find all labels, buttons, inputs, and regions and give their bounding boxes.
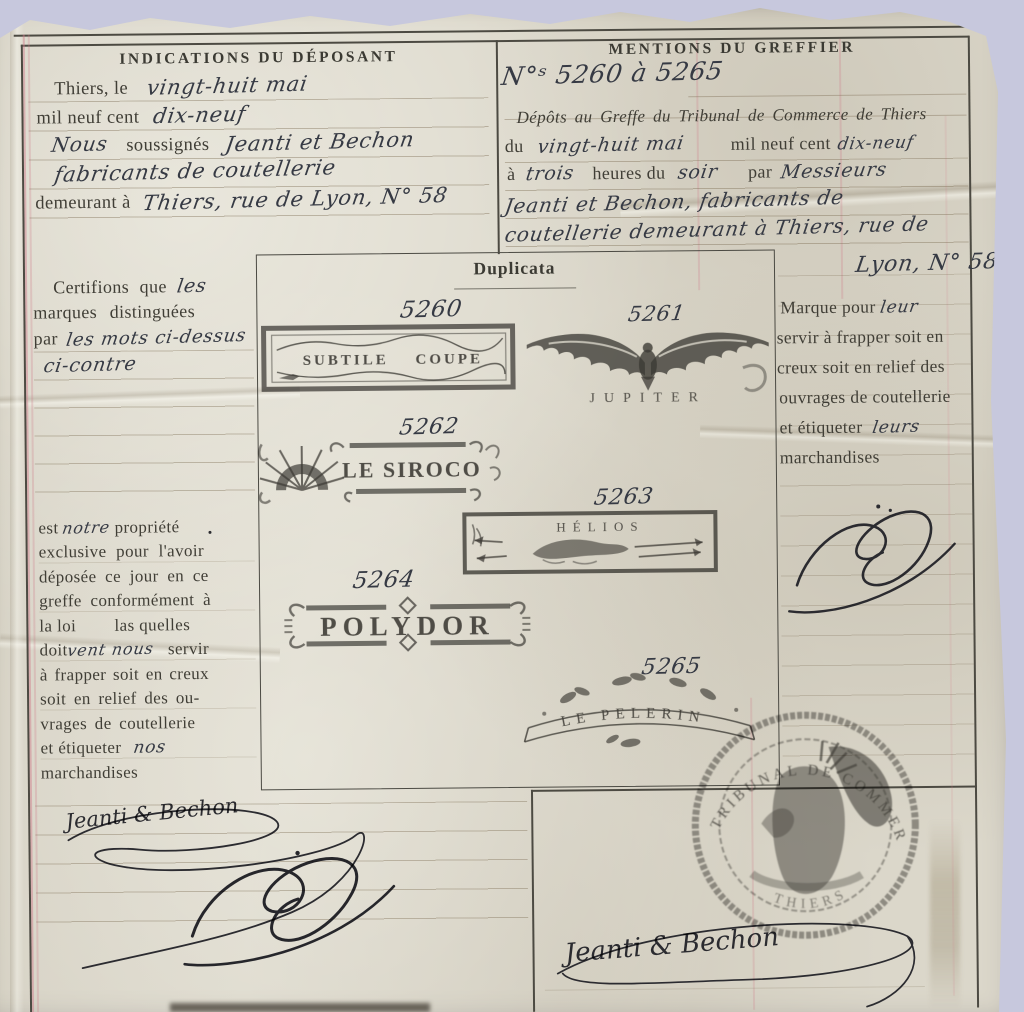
marque-line-1: Marque pour leur [780, 296, 918, 318]
property-line-4: greffe conformément à [39, 590, 211, 612]
printed-text: propriété [114, 517, 179, 537]
greffier-paragraph-line-1: Dépôts au Greffe du Tribunal de Commerce… [516, 104, 926, 128]
greffier-signature-flourish-large [175, 834, 406, 976]
greffier-paragraph-line-5: coutellerie demeurant à Thiers, rue de [505, 215, 928, 243]
document-paper: INDICATIONS DU DÉPOSANT Thiers, le vingt… [0, 0, 1024, 1012]
handwritten-text: trois [524, 162, 575, 185]
property-line-2: exclusive pour l'avoir [39, 541, 205, 563]
handwritten-text: ci-contre [42, 353, 138, 378]
deposant-line-2: mil neuf cent dix-neuf [36, 103, 246, 130]
deposant-line-4: fabricants de coutellerie [55, 158, 336, 185]
handwritten-text: dix-neuf [152, 102, 248, 129]
mark-number-5263: 5263 [592, 484, 655, 511]
trademark-stamp-subtile-coupe: SUBTILE COUPE [260, 318, 519, 396]
printed-text: par [34, 328, 58, 348]
printed-text: las quelles [114, 615, 190, 635]
certify-line-3: par les mots ci-dessus [34, 327, 246, 350]
property-line-11: marchandises [41, 763, 139, 784]
property-line-7: à frapper soit en creux [40, 664, 209, 686]
form-right-border [968, 36, 979, 1008]
trademark-deposit-form: INDICATIONS DU DÉPOSANT Thiers, le vingt… [0, 0, 1024, 1012]
printed-text: que [140, 276, 167, 296]
certify-line-2: marques distinguées [33, 301, 195, 324]
printed-text: demeurant à [35, 193, 131, 214]
form-outer-top-border [14, 26, 972, 37]
printed-text: servir [168, 639, 209, 658]
handwritten-text: notre [61, 517, 111, 537]
greffier-paragraph-line-6: Lyon, N° 58 [856, 250, 998, 276]
marque-line-5: et étiqueter leurs [779, 416, 920, 438]
marque-line-6: marchandises [780, 446, 880, 468]
svg-text:LE SIROCO: LE SIROCO [342, 456, 482, 482]
printed-text: Certifions [53, 277, 129, 298]
deposant-line-5: demeurant à Thiers, rue de Lyon, N° 58 [35, 186, 447, 215]
deposant-header: INDICATIONS DU DÉPOSANT [21, 47, 496, 70]
handwritten-text: Jeanti et Bechon, fabricants de [503, 185, 846, 218]
greffier-paragraph-line-4: Jeanti et Bechon, fabricants de [505, 188, 843, 215]
trademark-stamp-le-siroco: LE SIROCO [258, 428, 507, 508]
registry-signature-flourish [532, 908, 953, 1012]
printed-text: soussignés [126, 135, 209, 156]
printed-text: et étiqueter [779, 417, 862, 438]
greffier-header: MENTIONS DU GREFFIER [496, 38, 968, 61]
property-line-3: déposée ce jour en ce [39, 566, 209, 588]
handwritten-text: dix-neuf [836, 132, 915, 154]
printed-text: mil neuf cent [36, 108, 139, 129]
printed-text: distinguées [110, 301, 196, 322]
property-line-9: vrages de coutellerie [40, 713, 195, 734]
printed-text: heures du [592, 163, 665, 184]
handwritten-text: Nous [50, 131, 110, 157]
deposant-line-1: Thiers, le vingt-huit mai [54, 73, 307, 100]
svg-text:POLYDOR: POLYDOR [320, 610, 495, 642]
property-line-1: est notre propriété [38, 517, 179, 538]
ruled-line [688, 94, 966, 98]
handwritten-text: Lyon, N° 58 [854, 249, 1000, 278]
svg-text:JUPITER: JUPITER [589, 390, 707, 406]
property-line-8: soit en relief des ou- [40, 688, 200, 710]
handwritten-registration-numbers: N°ˢ 5260 à 5265 [500, 56, 726, 91]
property-line-10: et étiqueter nos [40, 737, 166, 758]
handwritten-text: soir [676, 161, 719, 184]
certify-line-4: ci-contre [44, 354, 137, 377]
handwritten-text: Jeanti et Bechon [224, 127, 416, 156]
handwritten-text: les [176, 275, 209, 298]
printed-text: mil neuf cent [731, 133, 831, 154]
property-line-6: doitvent nous servir [40, 639, 210, 661]
printed-text: doit [40, 640, 68, 659]
handwritten-text: Thiers, rue de Lyon, N° 58 [141, 183, 450, 215]
marque-line-3: creux soit en relief des [777, 356, 945, 379]
handwritten-text: les mots ci-dessus [64, 325, 247, 351]
handwritten-text: nos [132, 737, 167, 758]
greffier-flourish-signature [782, 488, 963, 635]
handwritten-text: fabricants de coutellerie [53, 155, 338, 187]
printed-text: la loi [39, 616, 76, 635]
handwritten-text: Messieurs [779, 158, 888, 183]
printed-text: marques [33, 302, 97, 323]
printed-text: Thiers, le [54, 79, 128, 100]
marque-line-2: servir à frapper soit en [777, 326, 944, 349]
handwritten-text: leur [878, 297, 919, 318]
marque-line-4: ouvrages de coutellerie [779, 386, 951, 409]
handwritten-text: coutellerie demeurant à Thiers, rue de [503, 211, 931, 246]
printed-text: à [507, 164, 516, 184]
trademark-stamp-helios: HÉLIOS [462, 508, 719, 576]
handwritten-text: vingt-huit mai [145, 72, 309, 100]
handwritten-text: vingt-huit mai [536, 132, 686, 158]
svg-text:SUBTILE COUPE: SUBTILE COUPE [303, 351, 483, 369]
ink-dot [208, 531, 211, 534]
trademark-stamp-polydor: POLYDOR [276, 588, 539, 661]
printed-text: est [38, 518, 58, 537]
greffier-paragraph-line-2: du vingt-huit mai mil neuf cent dix-neuf [505, 131, 914, 157]
printed-text: du [505, 136, 524, 156]
property-line-5: la loi las quelles [39, 615, 190, 636]
greffier-numbers: N°ˢ 5260 à 5265 [502, 58, 723, 89]
column-divider [496, 40, 500, 254]
handwritten-text: vent nous [66, 639, 155, 660]
printed-text: et étiqueter [40, 738, 121, 758]
svg-text:HÉLIOS: HÉLIOS [556, 519, 644, 535]
certify-line-1: Certifions que les [53, 275, 207, 298]
handwritten-text: leurs [871, 417, 921, 438]
deposant-line-3: Nous soussignés Jeanti et Bechon [52, 129, 415, 157]
printed-text: par [748, 161, 772, 181]
printed-text: Marque pour [780, 297, 875, 318]
trademark-stamp-jupiter: JUPITER [520, 309, 776, 409]
greffier-paragraph-line-3: à trois heures du soir par Messieurs [507, 159, 887, 185]
photo: INDICATIONS DU DÉPOSANT Thiers, le vingt… [0, 0, 1024, 1012]
